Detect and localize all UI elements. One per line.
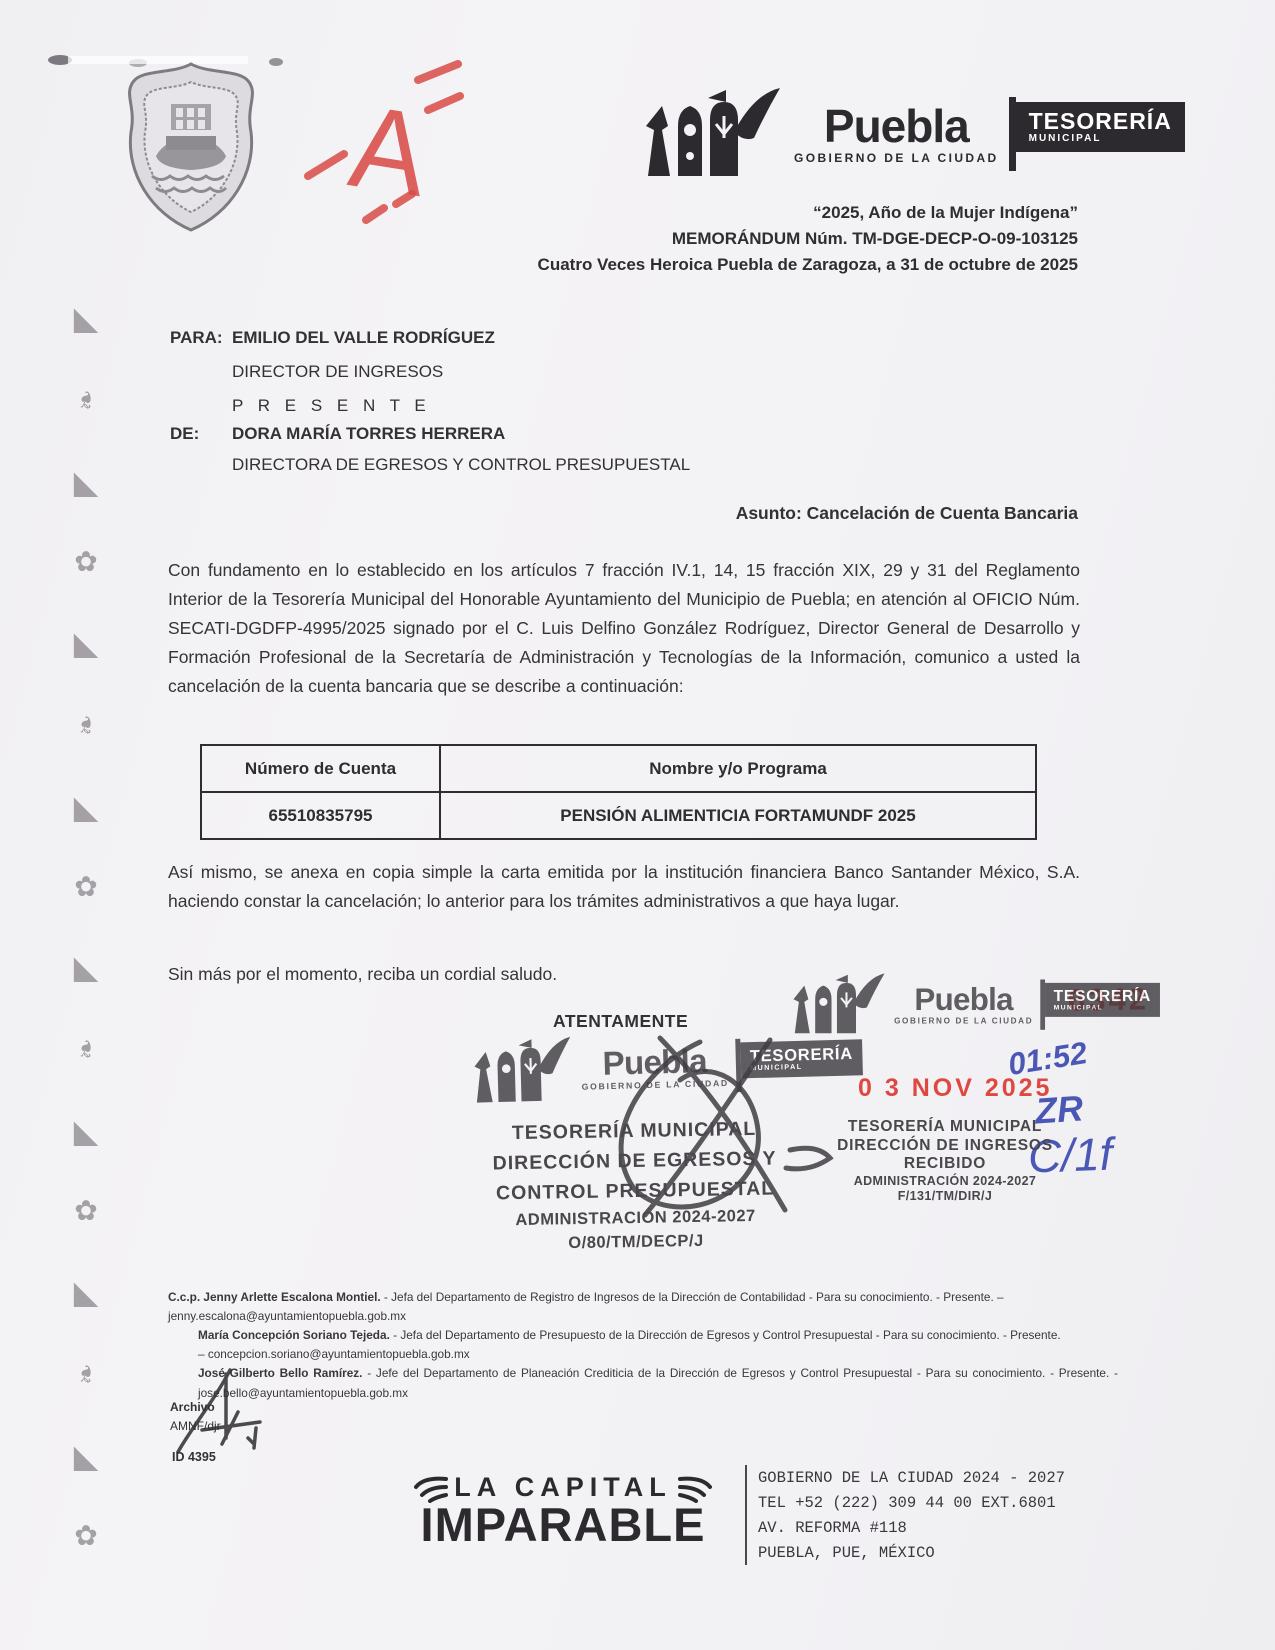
col-header-program-name: Nombre y/o Programa [440,745,1036,792]
edge-ornament: ◣ [74,466,99,498]
footer-line: AV. REFORMA #118 [758,1516,1065,1541]
footer-divider [745,1465,747,1565]
ingresos-stamp-logo: Puebla GOBIERNO DE LA CIUDAD TESORERÍA M… [788,972,1160,1037]
ccp-role: - Jefa del Departamento de Registro de I… [381,1290,1004,1304]
footer-line: TEL +52 (222) 309 44 00 EXT.6801 [758,1491,1065,1516]
edge-ornament: ✿ [74,1197,97,1225]
edge-ornament: ◣ [74,302,99,334]
red-handwritten-mark: A [300,58,470,238]
edge-ornament: ◣ [74,627,99,659]
col-header-account-number: Número de Cuenta [201,745,440,792]
logo-divider-bar [1009,97,1016,171]
puebla-skyline-icon [638,86,788,182]
handwritten-time: 01:52 [1006,1037,1089,1080]
logo-brand-text: Puebla [824,103,969,149]
memo-document-page: ◣❧◣✿◣❧◣✿◣❧◣✿◣❧◣✿ A [0,0,1275,1650]
capital-imparable-logo: LA CAPITAL IMPARABLE [408,1472,718,1548]
edge-ornament: ◣ [74,1440,99,1472]
recipient-present: P R E S E N T E [232,396,431,416]
place-and-date: Cuatro Veces Heroica Puebla de Zaragoza,… [538,255,1078,275]
ccp-email: jenny.escalona@ayuntamientopuebla.gob.mx [198,1307,1118,1326]
table-header-row: Número de Cuenta Nombre y/o Programa [201,745,1036,792]
city-seal [118,60,264,238]
memo-number: MEMORÁNDUM Núm. TM-DGE-DECP-O-09-103125 [672,229,1078,249]
egresos-stamp-text: TESORERÍA MUNICIPAL DIRECCIÓN DE EGRESOS… [454,1113,816,1257]
bank-account-table: Número de Cuenta Nombre y/o Programa 655… [200,744,1037,840]
ccp-label: C.c.p. [168,1290,200,1304]
archive-flourish [168,1368,288,1478]
attentively-heading: ATENTAMENTE [553,1011,688,1032]
edge-ornament: ✿ [74,548,97,576]
footer-address: GOBIERNO DE LA CIUDAD 2024 - 2027 TEL +5… [758,1466,1065,1566]
puebla-skyline-icon [788,972,890,1037]
edge-ornament: ❧ [73,714,99,735]
edge-ornament: ◣ [74,1115,99,1147]
ccp-role: - Jefa del Departamento de Presupuesto d… [390,1328,1061,1342]
recipient-label: PARA: [170,328,223,348]
footer-line: GOBIERNO DE LA CIUDAD 2024 - 2027 [758,1466,1065,1491]
slogan-line2: IMPARABLE [408,1503,718,1548]
edge-ornament: ❧ [73,1363,99,1384]
edge-ornament: ◣ [74,1276,99,1308]
ccp-block: C.c.p. Jenny Arlette Escalona Montiel. -… [168,1288,1118,1403]
ccp-entry: José Gilberto Bello Ramírez. - Jefe del … [168,1364,1118,1402]
year-motto: “2025, Año de la Mujer Indígena” [813,203,1078,223]
ingresos-stamp-text: TESORERÍA MUNICIPAL DIRECCIÓN DE INGRESO… [825,1118,1065,1204]
footer-line: PUEBLA, PUE, MÉXICO [758,1541,1065,1566]
program-name-cell: PENSIÓN ALIMENTICIA FORTAMUNDF 2025 [440,792,1036,839]
ccp-email: – concepcion.soriano@ayuntamientopuebla.… [198,1345,1118,1364]
logo-subtitle-text: GOBIERNO DE LA CIUDAD [794,151,999,165]
ccp-entry: María Concepción Soriano Tejeda. - Jefa … [168,1326,1118,1364]
edge-ornament-strip: ◣❧◣✿◣❧◣✿◣❧◣✿◣❧◣✿ [58,302,114,1550]
account-number-cell: 65510835795 [201,792,440,839]
sender-name: DORA MARÍA TORRES HERRERA [232,424,505,444]
ccp-name: María Concepción Soriano Tejeda. [198,1328,390,1342]
tesoreria-municipal-badge: TESORERÍA MUNICIPAL [1016,102,1185,152]
recipient-name: EMILIO DEL VALLE RODRÍGUEZ [232,328,495,348]
body-paragraph-1: Con fundamento en lo establecido en los … [168,556,1080,701]
body-paragraph-2: Así mismo, se anexa en copia simple la c… [168,858,1080,916]
edge-ornament: ✿ [74,873,97,901]
ccp-name: Jenny Arlette Escalona Montiel. [203,1290,380,1304]
edge-ornament: ◣ [74,951,99,983]
ccp-role: - Jefe del Departamento de Planeación Cr… [362,1366,1118,1380]
sender-title: DIRECTORA DE EGRESOS Y CONTROL PRESUPUES… [232,455,690,475]
edge-ornament: ❧ [73,1038,99,1059]
recipient-title: DIRECTOR DE INGRESOS [232,362,443,382]
table-row: 65510835795 PENSIÓN ALIMENTICIA FORTAMUN… [201,792,1036,839]
puebla-tesoreria-logo: Puebla GOBIERNO DE LA CIUDAD TESORERÍA M… [638,86,1185,182]
edge-ornament: ✿ [74,1522,97,1550]
subject-line: Asunto: Cancelación de Cuenta Bancaria [736,503,1078,524]
sender-label: DE: [170,424,199,444]
edge-ornament: ◣ [74,791,99,823]
edge-ornament: ❧ [73,389,99,410]
ccp-entry: C.c.p. Jenny Arlette Escalona Montiel. -… [168,1288,1118,1326]
